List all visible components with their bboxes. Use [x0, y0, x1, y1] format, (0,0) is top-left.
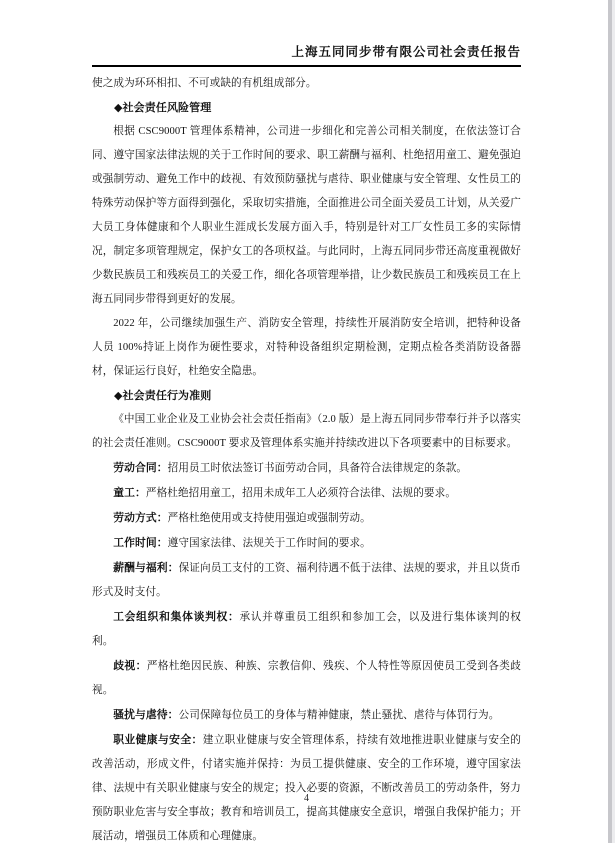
paragraph: 2022 年，公司继续加强生产、消防安全管理，持续性开展消防安全培训，把特种设备…	[92, 312, 521, 384]
item-row: 薪酬与福利：保证向员工支付的工资、福利待遇不低于法律、法规的要求，并且以货币形式…	[92, 556, 521, 605]
page-number: 4	[92, 793, 521, 804]
item-text: 严格杜绝使用或支持使用强迫或强制劳动。	[168, 513, 371, 524]
item-row: 工作时间：遵守国家法律、法规关于工作时间的要求。	[92, 531, 521, 556]
item-text: 遵守国家法律、法规关于工作时间的要求。	[168, 538, 371, 549]
item-label: 工会组织和集体谈判权：	[113, 611, 239, 623]
item-label: 童工：	[113, 487, 146, 499]
item-row: 劳动合同：招用员工时依法签订书面劳动合同，具备符合法律规定的条款。	[92, 456, 521, 481]
section-heading-conduct: ◆社会责任行为准则	[92, 384, 521, 408]
item-text: 严格杜绝招用童工，招用未成年工人必须符合法律、法规的要求。	[146, 488, 456, 499]
item-row: 劳动方式：严格杜绝使用或支持使用强迫或强制劳动。	[92, 506, 521, 531]
header-title: 上海五同同步带有限公司社会责任报告	[291, 45, 521, 59]
item-text: 建立职业健康与安全管理体系，持续有效地推进职业健康与安全的改善活动，形成文件，付…	[92, 735, 521, 842]
item-row: 工会组织和集体谈判权：承认并尊重员工组织和参加工会，以及进行集体谈判的权利。	[92, 605, 521, 654]
item-label: 薪酬与福利：	[113, 562, 178, 574]
item-label: 工作时间：	[113, 537, 167, 549]
running-header: 上海五同同步带有限公司社会责任报告	[92, 0, 521, 67]
item-label: 劳动合同：	[113, 462, 167, 474]
item-label: 歧视：	[113, 660, 147, 672]
paragraph: 根据 CSC9000T 管理体系精神，公司进一步细化和完善公司相关制度，在依法签…	[92, 120, 521, 312]
item-label: 劳动方式：	[113, 512, 167, 524]
item-row: 职业健康与安全：建立职业健康与安全管理体系，持续有效地推进职业健康与安全的改善活…	[92, 728, 521, 849]
paragraph: 《中国工业企业及工业协会社会责任指南》（2.0 版）是上海五同同步带奉行并予以落…	[92, 408, 521, 456]
item-row: 歧视：严格杜绝因民族、种族、宗教信仰、残疾、个人特性等原因使员工受到各类歧视。	[92, 654, 521, 703]
item-label: 职业健康与安全：	[113, 734, 203, 746]
item-row: 童工：严格杜绝招用童工，招用未成年工人必须符合法律、法规的要求。	[92, 481, 521, 506]
section-heading-risk: ◆社会责任风险管理	[92, 96, 521, 120]
item-text: 严格杜绝因民族、种族、宗教信仰、残疾、个人特性等原因使员工受到各类歧视。	[92, 661, 521, 696]
item-label: 骚扰与虐待：	[113, 709, 178, 721]
item-text: 公司保障每位员工的身体与精神健康，禁止骚扰、虐待与体罚行为。	[179, 710, 500, 721]
scrollbar-track[interactable]	[608, 0, 615, 843]
paragraph-continuation: 使之成为环环相扣、不可或缺的有机组成部分。	[92, 72, 521, 96]
document-body: 使之成为环环相扣、不可或缺的有机组成部分。 ◆社会责任风险管理 根据 CSC90…	[92, 72, 521, 849]
item-text: 招用员工时依法签订书面劳动合同，具备符合法律规定的条款。	[168, 463, 467, 474]
document-page: 上海五同同步带有限公司社会责任报告 使之成为环环相扣、不可或缺的有机组成部分。 …	[0, 0, 615, 851]
item-row: 骚扰与虐待：公司保障每位员工的身体与精神健康，禁止骚扰、虐待与体罚行为。	[92, 703, 521, 728]
